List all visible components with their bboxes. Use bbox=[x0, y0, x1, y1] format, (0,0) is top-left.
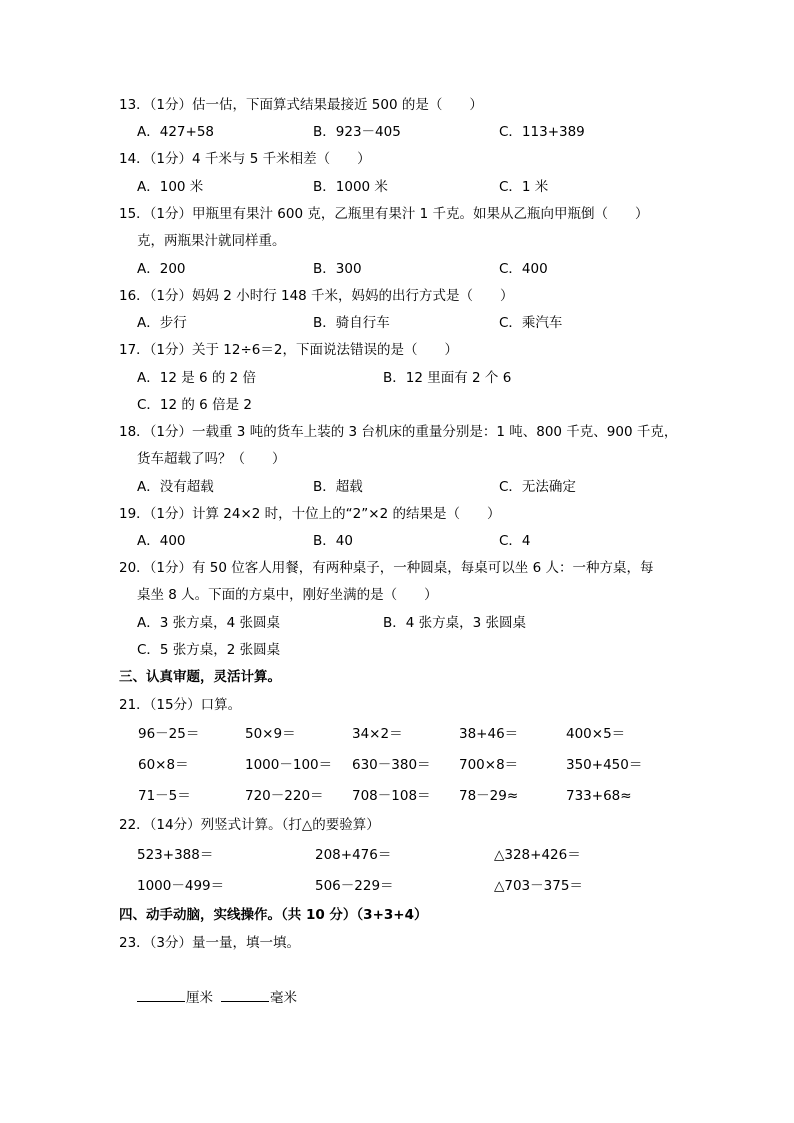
mm-unit-label: 毫米 bbox=[270, 990, 297, 1006]
question-19-stem: 19．（1分）计算 24×2 时，十位上的“2”×2 的结果是（ ） bbox=[119, 506, 500, 522]
oral-calc-item: 38+46＝ bbox=[459, 726, 518, 742]
oral-calc-item: 78－29≈ bbox=[459, 788, 518, 804]
section-4-title: 四、动手动脑，实线操作。（共 10 分）（3+3+4） bbox=[119, 907, 428, 923]
oral-calc-item: 708－108＝ bbox=[352, 788, 431, 804]
question-20-option-c: C．5 张方桌，2 张圆桌 bbox=[137, 642, 280, 658]
question-18-stem: 18．（1分）一载重 3 吨的货车上装的 3 台机床的重量分别是：1 吨、800… bbox=[119, 424, 677, 440]
question-19-option-b: B．40 bbox=[313, 533, 353, 549]
question-18-option-c: C．无法确定 bbox=[499, 479, 576, 495]
question-15-option-c: C．400 bbox=[499, 261, 548, 277]
oral-calc-item: 60×8＝ bbox=[138, 757, 189, 773]
oral-calc-item: 630－380＝ bbox=[352, 757, 431, 773]
question-18-stem-continued: 货车超载了吗？（ ） bbox=[137, 451, 286, 467]
vertical-calc-item: 208+476＝ bbox=[315, 847, 391, 863]
question-16-option-c: C．乘汽车 bbox=[499, 315, 562, 331]
question-19-option-c: C．4 bbox=[499, 533, 531, 549]
oral-calc-item: 50×9＝ bbox=[245, 726, 296, 742]
question-15-stem-continued: 克，两瓶果汁就同样重。 bbox=[137, 233, 286, 249]
vertical-calc-item: 523+388＝ bbox=[137, 847, 213, 863]
oral-calc-item: 71－5＝ bbox=[138, 788, 191, 804]
question-13-option-b: B．923－405 bbox=[313, 124, 401, 140]
question-21-stem: 21．（15分）口算。 bbox=[119, 697, 241, 713]
question-14-stem: 14．（1分）4 千米与 5 千米相差（ ） bbox=[119, 151, 371, 167]
question-13-option-a: A．427+58 bbox=[137, 124, 214, 140]
question-17-stem: 17．（1分）关于 12÷6＝2，下面说法错误的是（ ） bbox=[119, 342, 458, 358]
question-17-option-c: C．12 的 6 倍是 2 bbox=[137, 397, 252, 413]
question-18-option-a: A．没有超载 bbox=[137, 479, 214, 495]
question-15-option-a: A．200 bbox=[137, 261, 186, 277]
question-14-option-a: A．100 米 bbox=[137, 179, 203, 195]
oral-calc-item: 34×2＝ bbox=[352, 726, 403, 742]
question-16-stem: 16．（1分）妈妈 2 小时行 148 千米，妈妈的出行方式是（ ） bbox=[119, 288, 514, 304]
question-16-option-a: A．步行 bbox=[137, 315, 187, 331]
question-15-option-b: B．300 bbox=[313, 261, 362, 277]
question-13-stem: 13．（1分）估一估，下面算式结果最接近 500 的是（ ） bbox=[119, 97, 483, 113]
question-16-option-b: B．骑自行车 bbox=[313, 315, 390, 331]
question-13-option-c: C．113+389 bbox=[499, 124, 585, 140]
vertical-calc-item: 1000－499＝ bbox=[137, 878, 224, 894]
question-20-stem-continued: 桌坐 8 人。下面的方桌中，刚好坐满的是（ ） bbox=[137, 587, 438, 603]
cm-unit-label: 厘米 bbox=[186, 990, 213, 1006]
oral-calc-item: 350+450＝ bbox=[566, 757, 642, 773]
oral-calc-item: 96－25＝ bbox=[138, 726, 199, 742]
measurement-answer-line: 厘米毫米 bbox=[137, 989, 297, 1006]
question-20-stem: 20．（1分）有 50 位客人用餐，有两种桌子，一种圆桌，每桌可以坐 6 人：一… bbox=[119, 560, 653, 576]
question-15-stem: 15．（1分）甲瓶里有果汁 600 克，乙瓶里有果汁 1 千克。如果从乙瓶向甲瓶… bbox=[119, 206, 649, 222]
question-22-stem: 22．（14分）列竖式计算。（打△的要验算） bbox=[119, 817, 380, 833]
vertical-calc-item: 506－229＝ bbox=[315, 878, 394, 894]
oral-calc-item: 400×5＝ bbox=[566, 726, 625, 742]
oral-calc-item: 700×8＝ bbox=[459, 757, 518, 773]
question-18-option-b: B．超载 bbox=[313, 479, 363, 495]
vertical-calc-item: △703－375＝ bbox=[494, 878, 583, 894]
section-3-title: 三、认真审题，灵活计算。 bbox=[119, 669, 281, 685]
question-14-option-b: B．1000 米 bbox=[313, 179, 388, 195]
question-19-option-a: A．400 bbox=[137, 533, 186, 549]
exam-page: 13．（1分）估一估，下面算式结果最接近 500 的是（ ） A．427+58 … bbox=[0, 0, 794, 1123]
oral-calc-item: 733+68≈ bbox=[566, 788, 632, 804]
question-20-option-b: B．4 张方桌，3 张圆桌 bbox=[383, 615, 526, 631]
question-17-option-b: B．12 里面有 2 个 6 bbox=[383, 370, 511, 386]
question-20-option-a: A．3 张方桌，4 张圆桌 bbox=[137, 615, 280, 631]
vertical-calc-item: △328+426＝ bbox=[494, 847, 581, 863]
oral-calc-item: 1000－100＝ bbox=[245, 757, 332, 773]
question-23-stem: 23．（3分）量一量，填一填。 bbox=[119, 935, 300, 951]
cm-answer-blank[interactable] bbox=[137, 989, 185, 1002]
question-14-option-c: C．1 米 bbox=[499, 179, 548, 195]
question-17-option-a: A．12 是 6 的 2 倍 bbox=[137, 370, 256, 386]
mm-answer-blank[interactable] bbox=[221, 989, 269, 1002]
oral-calc-item: 720－220＝ bbox=[245, 788, 324, 804]
